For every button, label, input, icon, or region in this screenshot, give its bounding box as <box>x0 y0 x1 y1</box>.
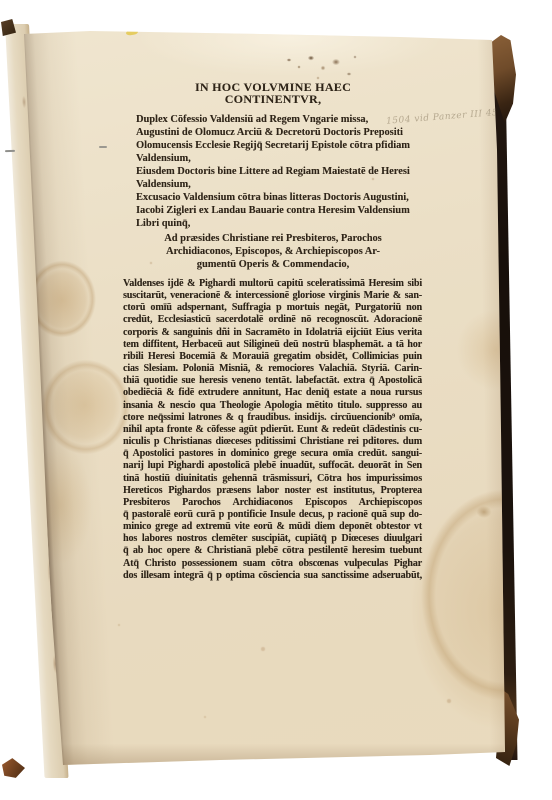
text-line: thiā quotidie sue heresis veneno tentāt.… <box>123 375 422 387</box>
text-line: suscitarūt, veneracionē & intercessionē … <box>123 290 422 302</box>
text-line: insania & nescio qua Theologie Apologia … <box>123 400 422 412</box>
leather-corner-bottom-left <box>2 757 25 779</box>
text-line: credūt, Ecclesiasticū sacerdotalē ordinē… <box>123 314 422 326</box>
text-line: minico grege ad extremū vite eorū & mūdi… <box>123 521 422 533</box>
text-line: Excusacio Valdensium cōtra binas littera… <box>136 191 428 204</box>
text-line: ctore neq̄ssimi latrones & q fraudibus. … <box>123 412 422 424</box>
text-line: nihil apta fronte & cōfesse agūt pdierūt… <box>123 424 422 436</box>
page-edge-shadow-bottom <box>40 738 504 766</box>
book-page: IN HOC VOLVMINE HAECCONTINENTVR, Duplex … <box>0 0 552 800</box>
body-text: Valdenses ijdē & Pighardi multorū capitū… <box>123 278 422 582</box>
pencil-mark-outer <box>5 150 15 152</box>
pencil-mark-inner <box>99 146 107 148</box>
text-line: Presbiteros Parochos Archidiaconos Episc… <box>123 497 422 509</box>
paper-specks <box>0 0 2 2</box>
text-line: CONTINENTVR, <box>122 93 424 105</box>
text-line: Olomucensis Ecclesie Regijq̄ Secretarij … <box>136 139 428 152</box>
text-line: hos labores nostros clemēter suscipiāt, … <box>123 533 422 545</box>
contents-list: Duplex Cōfessio Valdensiū ad Regem Vngar… <box>136 113 428 230</box>
book-photograph: IN HOC VOLVMINE HAECCONTINENTVR, Duplex … <box>0 0 552 800</box>
page-title: IN HOC VOLVMINE HAECCONTINENTVR, <box>122 81 424 106</box>
argument-heading: Ad præsides Christiane rei Presbiteros, … <box>122 232 424 272</box>
text-line: tem diffitent, Herbaceū aut Siligineū de… <box>123 339 422 351</box>
text-line: Valdensium, <box>136 152 428 165</box>
text-line: Hereticos Pighardos præsens labor noster… <box>123 485 422 497</box>
text-line: Valdensium, <box>136 178 428 191</box>
text-line: dos illesam integrā q̄ p optima cōscienc… <box>123 570 422 582</box>
text-line: q̄ ab hoc opere & Christianā plebē cōtra… <box>123 545 422 557</box>
text-line: Eiusdem Doctoris bine Littere ad Regiam … <box>136 165 428 178</box>
text-line: cias Slesiam. Poloniā Misniā, & remocior… <box>123 363 422 375</box>
text-line: Augustini de Olomucz Arciū & Decretorū D… <box>136 126 428 139</box>
text-line: Duplex Cōfessio Valdensiū ad Regem Vngar… <box>136 113 428 126</box>
text-line: tinā hostiū diuinitatis gehennā trāsmiss… <box>123 473 422 485</box>
text-line: q̄ pastoralē eorū curā p pontificie Insu… <box>123 509 422 521</box>
text-line: Iacobi Zigleri ex Landau Bauarie contra … <box>136 204 428 217</box>
text-line: gumentū Operis & Commendacio, <box>122 258 424 271</box>
text-line: ribili Heresi Bocemiā & Morauiā gregatim… <box>123 351 422 363</box>
text-line: Ad præsides Christiane rei Presbiteros, … <box>122 232 424 245</box>
text-line: niculis p Christianas diœceses pditissim… <box>123 436 422 448</box>
text-line: corporis & sanguinis dñi in Sacramēto in… <box>123 327 422 339</box>
text-line: ctorū omīū adspernant, Suffragia p mortu… <box>123 302 422 314</box>
text-line: q̄ Apostolici pastores in dominico grege… <box>123 448 422 460</box>
text-line: obediēciā & fidē extrudere annitunt, Hac… <box>123 387 422 399</box>
text-line: Valdenses ijdē & Pighardi multorū capitū… <box>123 278 422 290</box>
text-line: narij lupi Pighardi apostolicā plebē inu… <box>123 460 422 472</box>
text-line: Atq̄ Christo possessionem suam cōtra obs… <box>123 558 422 570</box>
text-line: Archidiaconos, Episcopos, & Archiepiscop… <box>122 245 424 258</box>
text-line: Libri quinq̄, <box>136 217 428 230</box>
